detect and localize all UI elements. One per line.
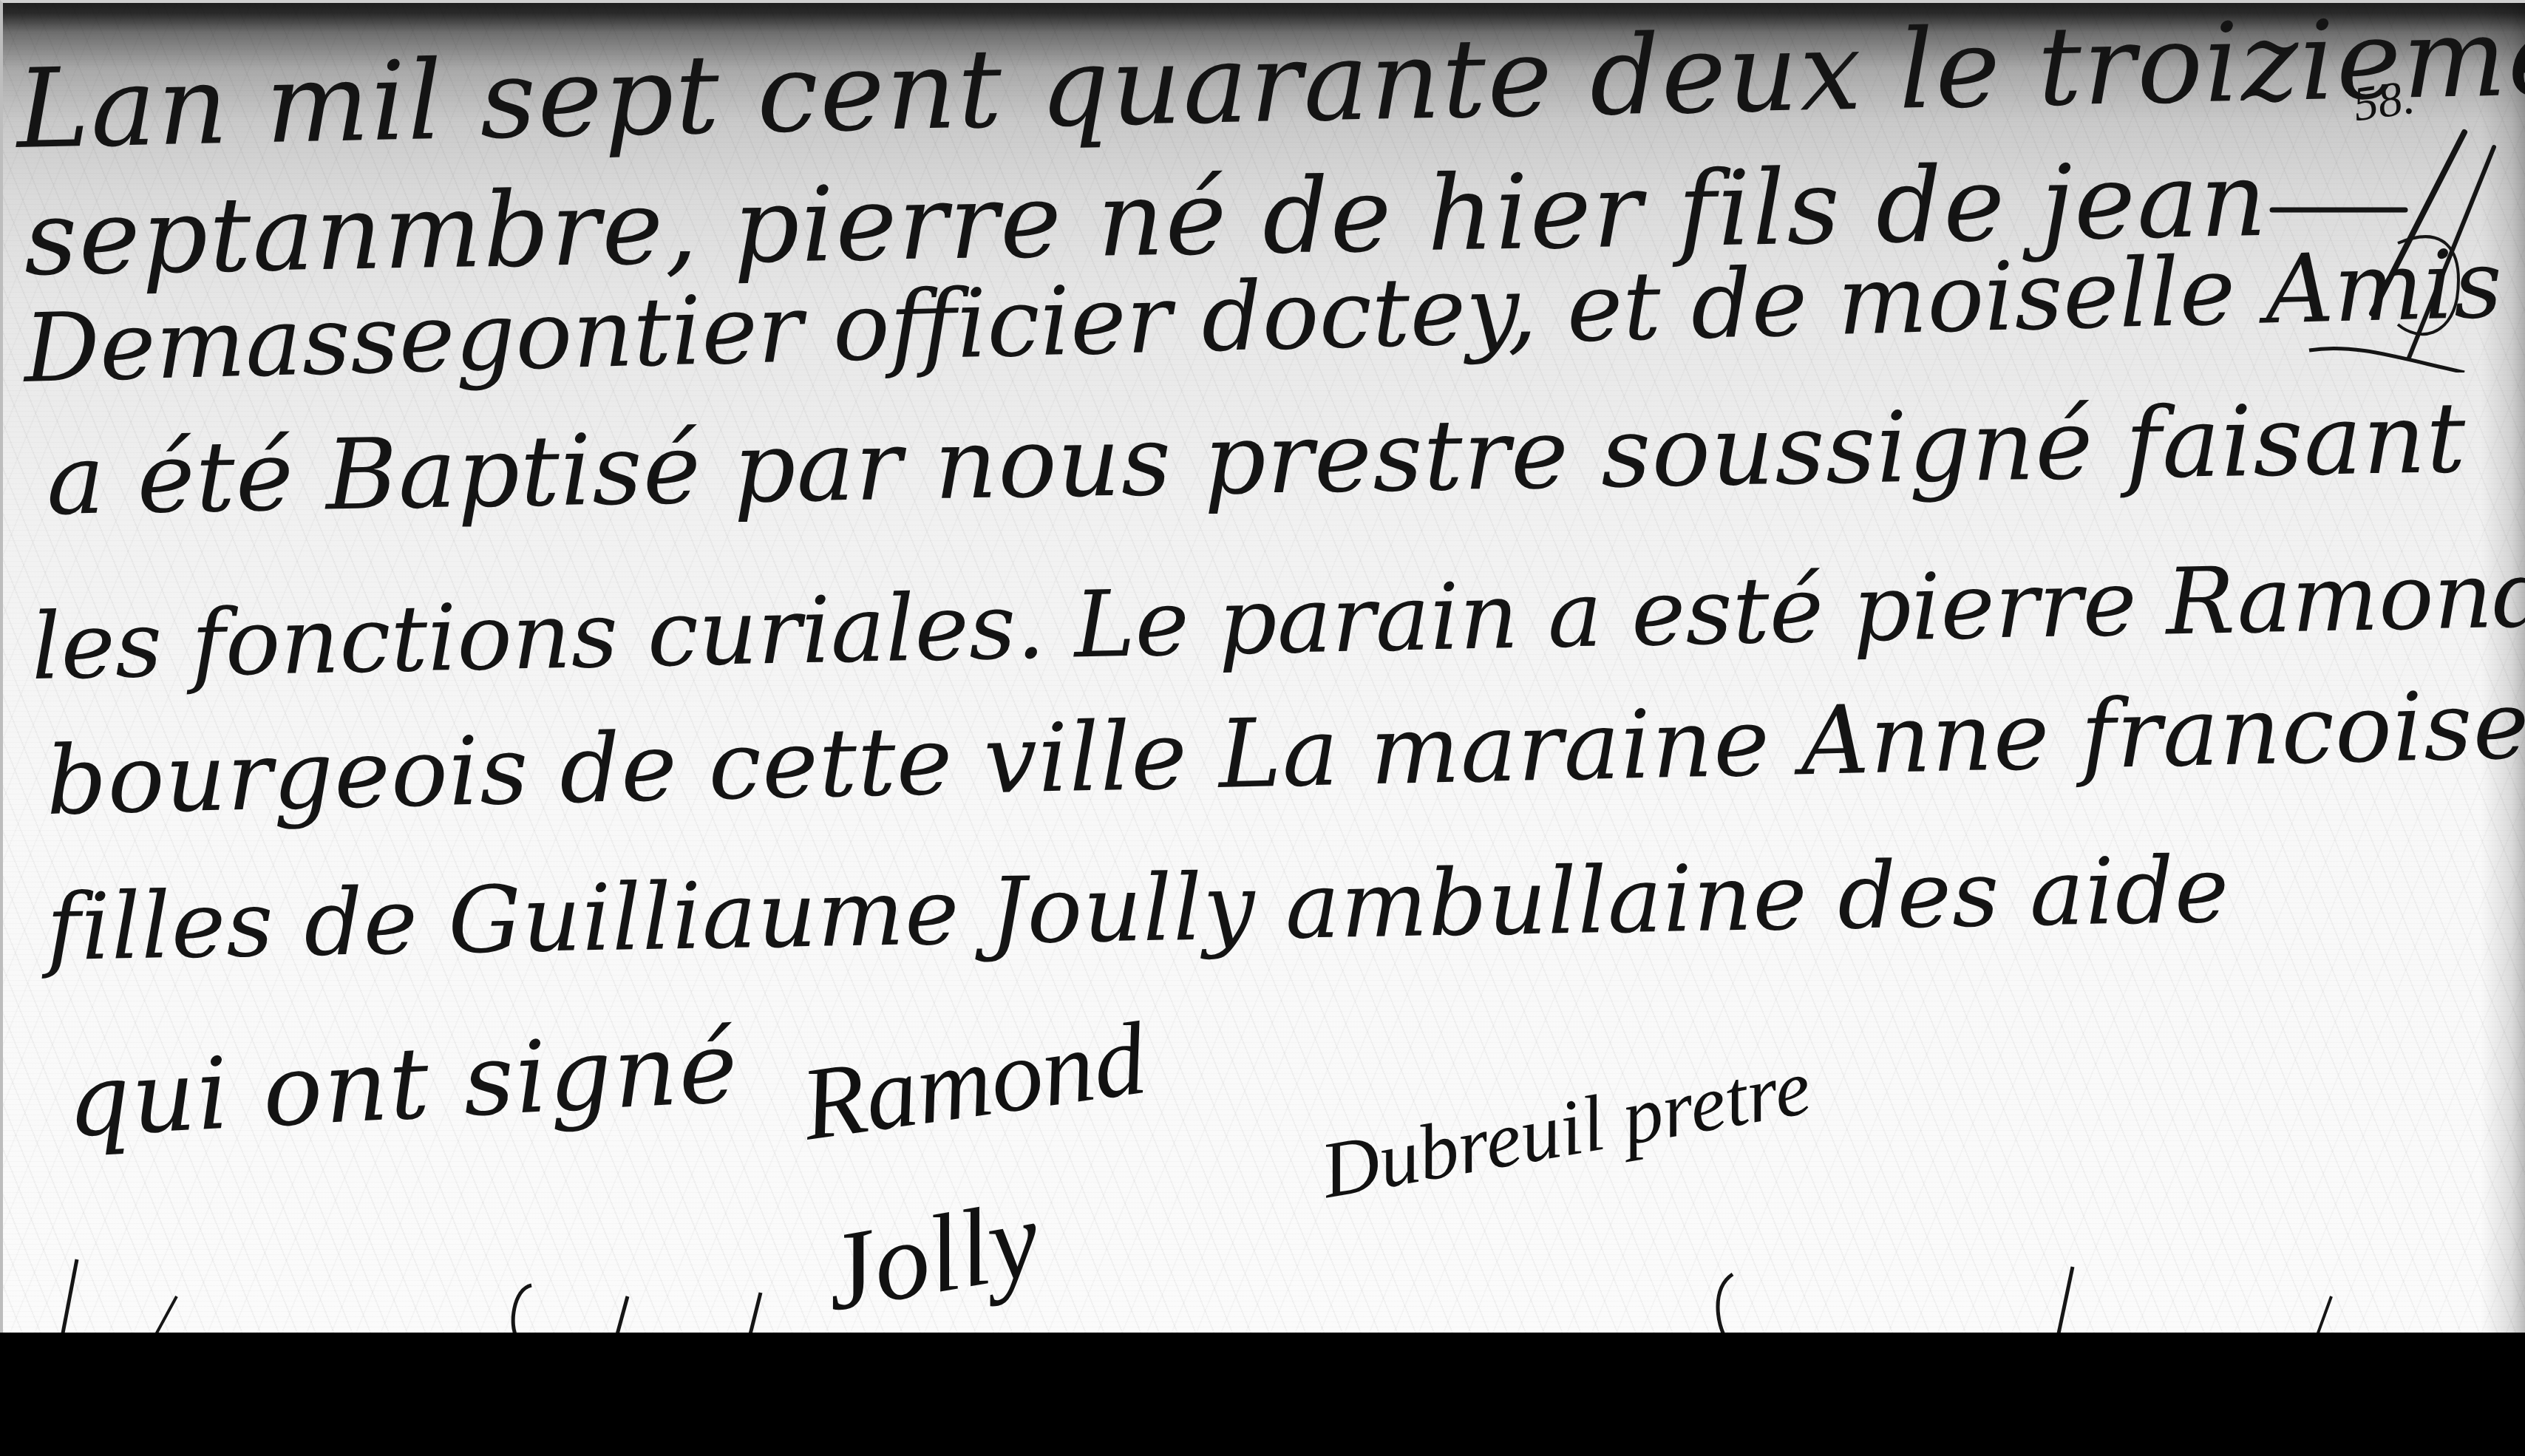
signature-ramond: Ramond (796, 1007, 1152, 1157)
text-line-7: filles de Guilliaume Joully ambullaine d… (46, 844, 2230, 974)
text-line-1: Lan mil sept cent quarante deux le troiz… (16, 1, 2525, 164)
manuscript-page: 58. Lan mil sept cent quarante deux le t… (0, 0, 2525, 1333)
bottom-partial-strokes (3, 1245, 2525, 1333)
black-background-band (0, 1333, 2525, 1456)
text-line-4: a été Baptisé par nous prestre soussigné… (46, 389, 2467, 529)
text-line-5: les fonctions curiales. Le parain a esté… (30, 549, 2525, 693)
signature-priest: Dubreuil pretre (1316, 1047, 1816, 1212)
text-line-6: bourgeois de cette ville La maraine Anne… (45, 678, 2525, 829)
text-line-8: qui ont signé (64, 1018, 741, 1151)
